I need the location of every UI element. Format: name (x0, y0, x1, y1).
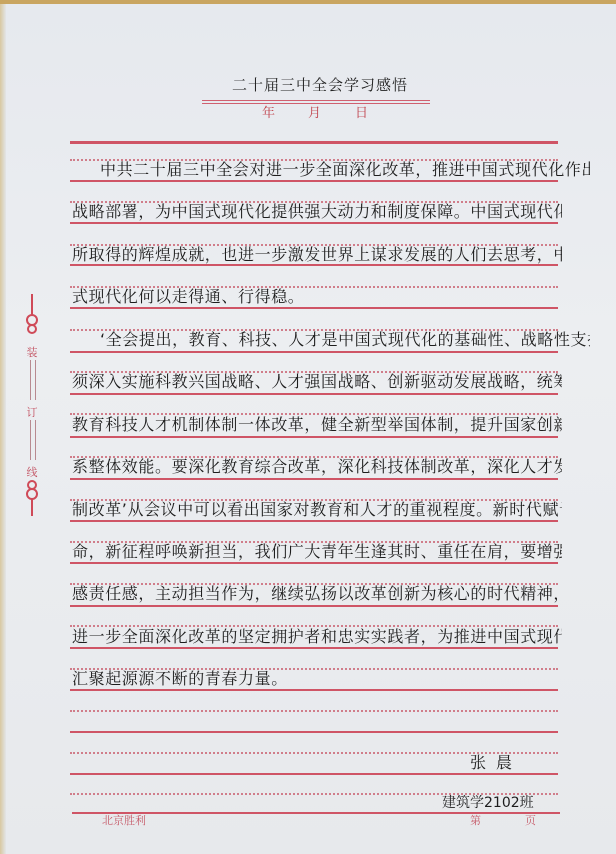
solid-rule (70, 731, 558, 733)
text-line-6: 须深入实施科教兴国战略、人才强国战略、创新驱动发展战略，统筹推进 (72, 369, 562, 392)
binding-ornament-top-2 (27, 324, 37, 334)
solid-rule (70, 180, 558, 182)
signature-class: 建筑学2102班 (442, 792, 534, 812)
text-line-9: 制改革’从会议中可以看出国家对教育和人才的重视程度。新时代赋予新使 (72, 497, 562, 520)
solid-rule (70, 351, 558, 353)
solid-rule (70, 478, 558, 480)
signature-name: 张晨 (470, 750, 522, 773)
text-line-7: 教育科技人才机制体制一体改革，健全新型举国体制，提升国家创新体 (72, 412, 562, 435)
binding-label-xian: 线 (24, 464, 40, 480)
header-rule (70, 141, 558, 144)
solid-rule (70, 605, 558, 607)
letter-paper: 二十届三中全会学习感悟 年 月 日 中共二十届三中全会对进一步全面深化改革，推进… (0, 4, 616, 854)
footer-page-prefix: 第 (470, 812, 481, 828)
binding-double-line (30, 360, 36, 400)
title-underline (202, 100, 430, 101)
text-line-8: 系整体效能。要深化教育综合改革，深化科技体制改革，深化人才发展体制机 (72, 454, 562, 477)
dotted-rule (70, 710, 558, 712)
text-line-12: 进一步全面深化改革的坚定拥护者和忠实实践者，为推进中国式现代化 (72, 624, 562, 647)
binding-label-ding: 订 (24, 404, 40, 420)
binding-double-line (30, 420, 36, 460)
solid-rule (70, 520, 558, 522)
paper-edge (0, 4, 6, 854)
binding-label-zhuang: 装 (24, 344, 40, 360)
solid-rule (70, 773, 558, 775)
text-line-13: 汇聚起源源不断的青春力量。 (72, 666, 562, 689)
date-month-label: 月 (308, 102, 321, 121)
date-day-label: 日 (355, 102, 368, 121)
solid-rule (70, 562, 558, 564)
footer-publisher: 北京胜利 (102, 812, 146, 828)
binding-bar-bottom (31, 498, 33, 516)
date-year-label: 年 (262, 102, 275, 121)
text-line-3: 所取得的辉煌成就，也进一步激发世界上谋求发展的人们去思考，中国 (72, 242, 562, 265)
binding-margin-decoration: 装 订 线 (22, 294, 42, 514)
solid-rule (70, 647, 558, 649)
text-line-11: 感责任感，主动担当作为，继续弘扬以改革创新为核心的时代精神，做 (72, 581, 562, 604)
solid-rule (70, 689, 558, 691)
text-line-10: 命，新征程呼唤新担当，我们广大青年生逢其时、重任在肩，要增强使命 (72, 539, 562, 562)
solid-rule (70, 436, 558, 438)
document-title: 二十届三中全会学习感悟 (210, 74, 430, 95)
solid-rule (70, 222, 558, 224)
solid-rule (70, 393, 558, 395)
text-line-1: 中共二十届三中全会对进一步全面深化改革，推进中国式现代化作出 (72, 157, 590, 180)
text-line-5: ‘全会提出，教育、科技、人才是中国式现代化的基础性、战略性支撑。必 (72, 327, 590, 350)
text-line-2: 战略部署，为中国式现代化提供强大动力和制度保障。中国式现代化 (72, 199, 562, 222)
footer-page-suffix: 页 (525, 812, 536, 828)
solid-rule (70, 307, 558, 309)
text-line-4: 式现代化何以走得通、行得稳。 (72, 284, 562, 307)
binding-bar-top (31, 294, 33, 316)
